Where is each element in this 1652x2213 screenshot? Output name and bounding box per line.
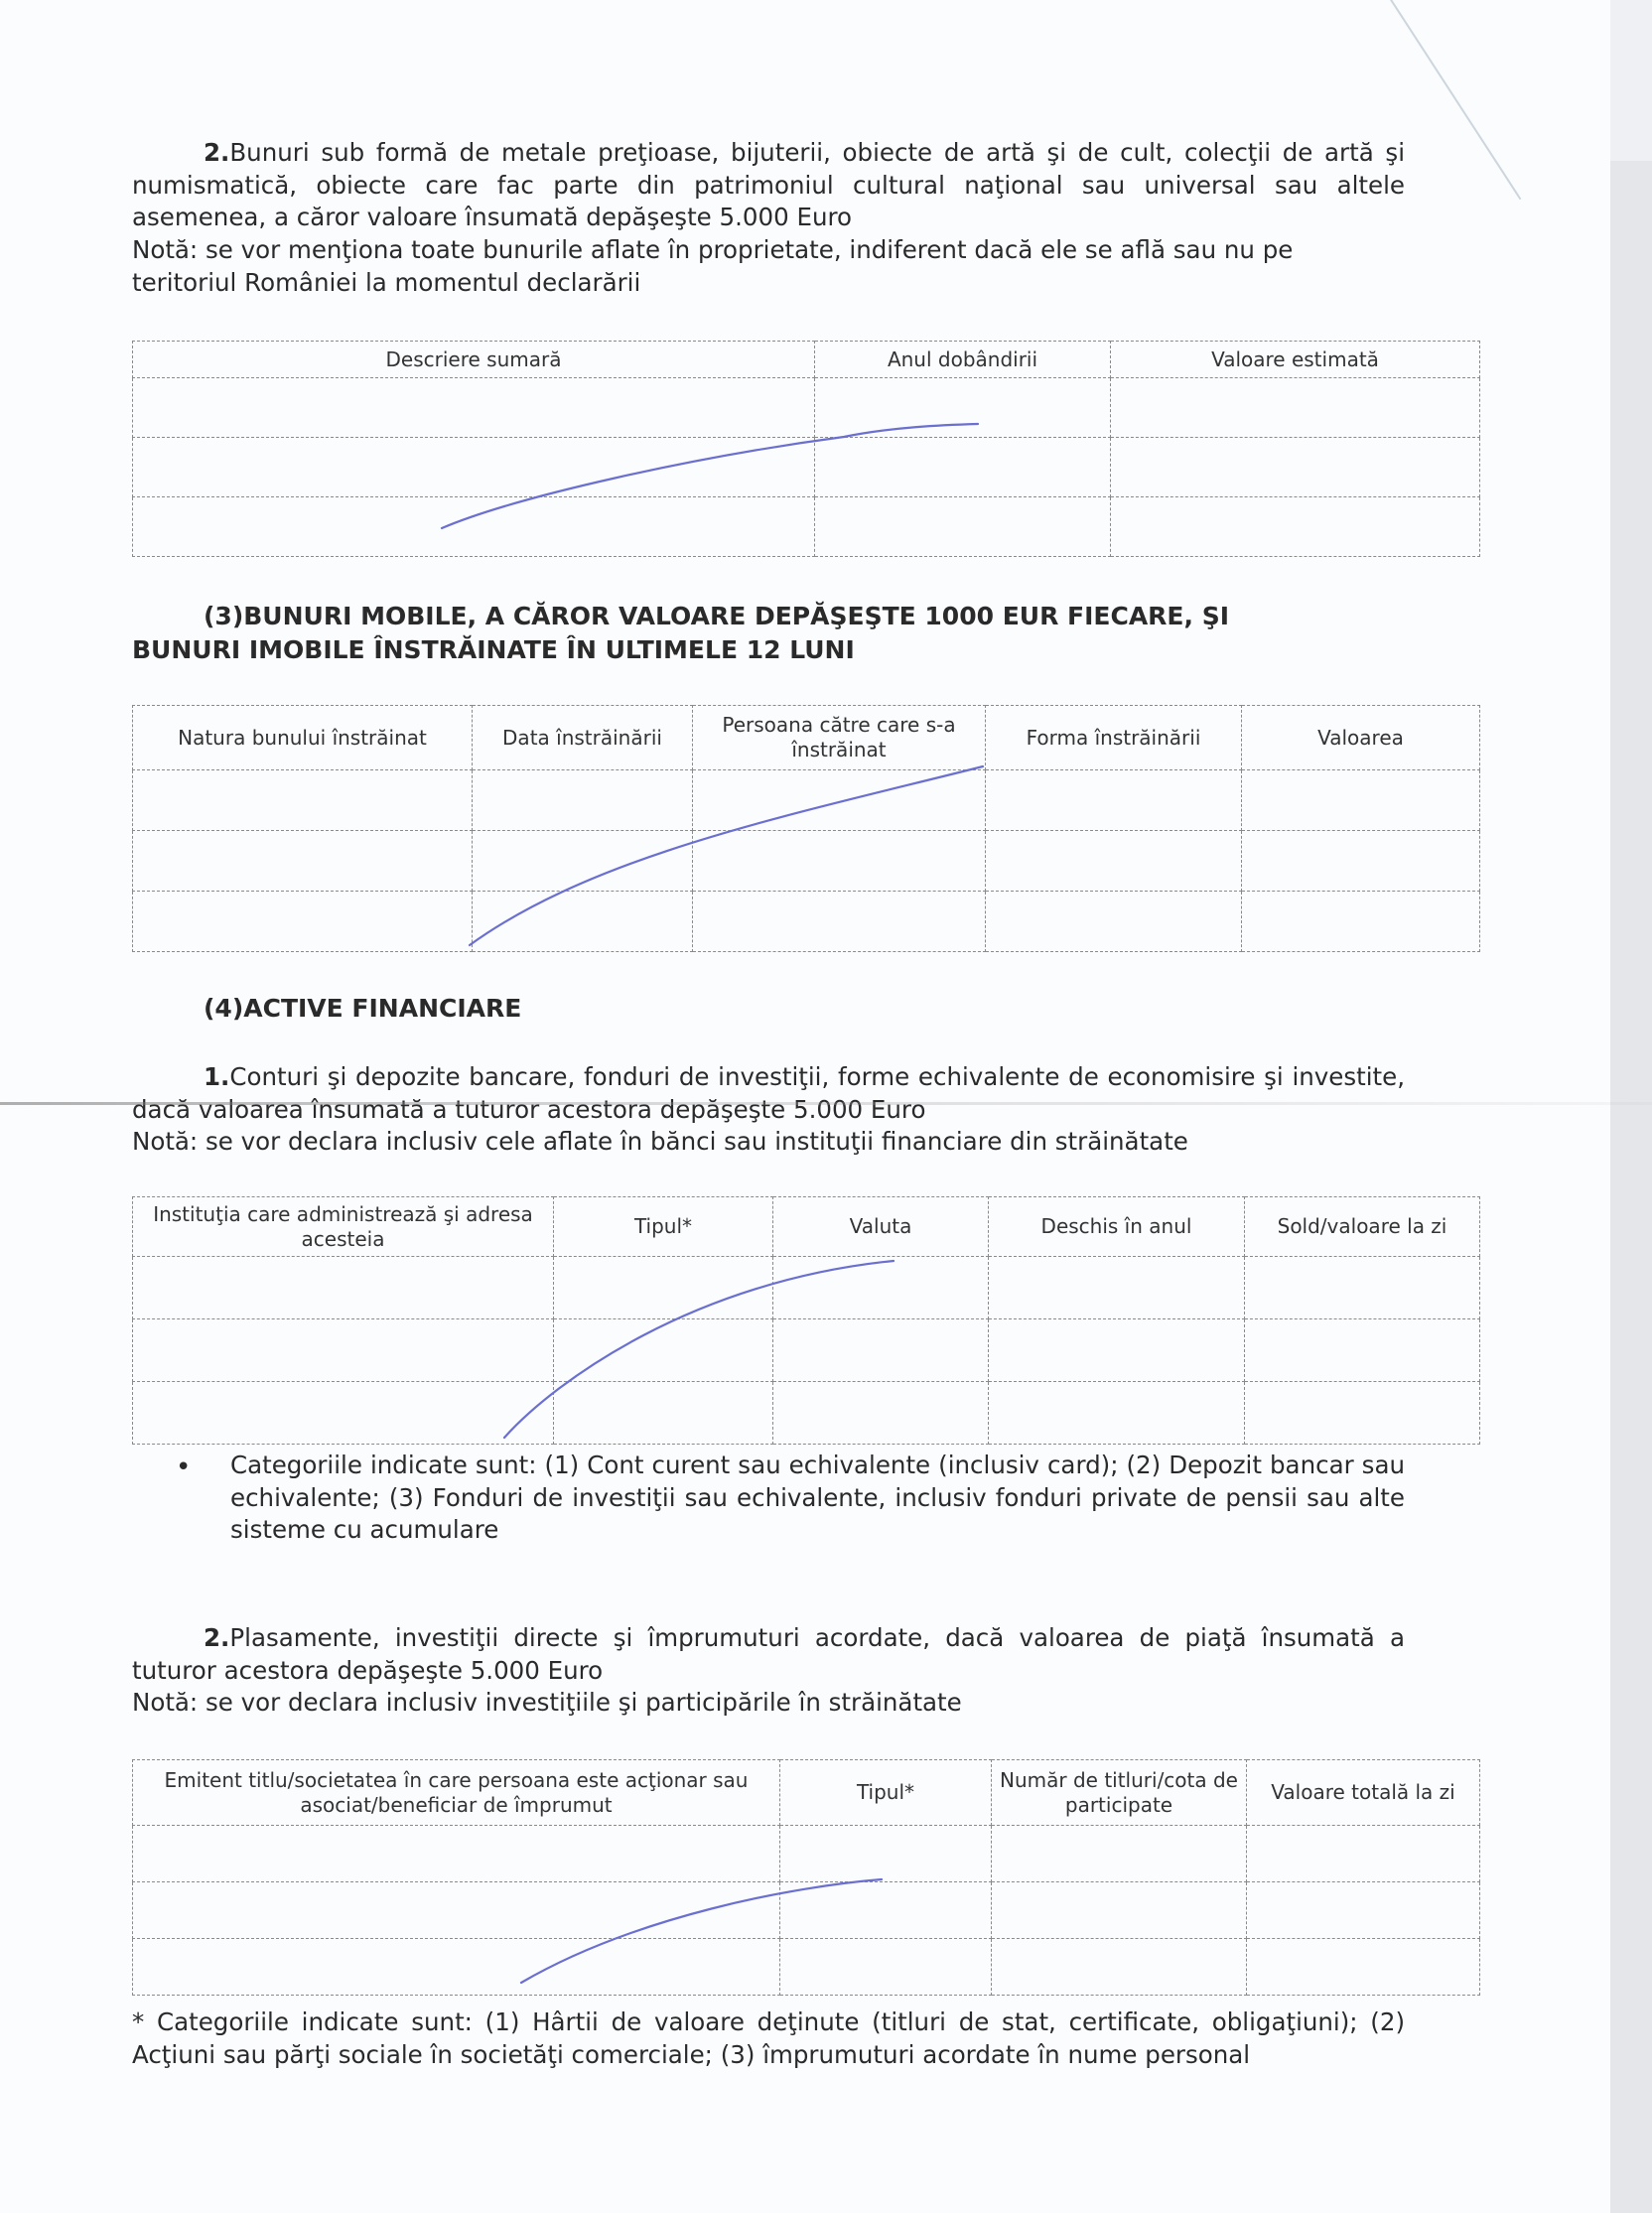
column-header: Data înstrăinării	[473, 706, 693, 770]
precious-goods-text: Bunuri sub formă de metale preţioase, bi…	[132, 138, 1405, 231]
table-row	[133, 1882, 1480, 1939]
table-cell[interactable]	[473, 892, 693, 952]
table-cell[interactable]	[986, 770, 1242, 831]
section-3-heading-line2: BUNURI IMOBILE ÎNSTRĂINATE ÎN ULTIMELE 1…	[132, 633, 855, 666]
column-header: Deschis în anul	[989, 1197, 1245, 1257]
column-header: Descriere sumară	[133, 342, 815, 378]
table-cell[interactable]	[133, 378, 815, 438]
table-cell[interactable]	[815, 438, 1111, 497]
table-cell[interactable]	[473, 831, 693, 892]
paper-fold-line	[0, 1102, 1652, 1105]
scan-edge-shadow	[1610, 0, 1652, 2213]
bank-accounts-table: Instituţia care administrează şi adresa …	[132, 1196, 1480, 1445]
table-cell[interactable]	[693, 892, 986, 952]
table-cell[interactable]	[773, 1257, 989, 1319]
bullet-icon: •	[176, 1452, 191, 1482]
table-header-row: Emitent titlu/societatea în care persoan…	[133, 1760, 1480, 1826]
column-header: Instituţia care administrează şi adresa …	[133, 1197, 554, 1257]
precious-goods-note: Notă: se vor menţiona toate bunurile afl…	[132, 234, 1405, 299]
accounts-number: 1.	[204, 1062, 229, 1091]
table-row	[133, 378, 1480, 438]
table-cell[interactable]	[1245, 1319, 1480, 1382]
table-row	[133, 438, 1480, 497]
table-cell[interactable]	[554, 1319, 773, 1382]
table-cell[interactable]	[815, 378, 1111, 438]
column-header: Emitent titlu/societatea în care persoan…	[133, 1760, 780, 1826]
table-cell[interactable]	[133, 770, 473, 831]
table-cell[interactable]	[554, 1382, 773, 1445]
table-header-row: Instituţia care administrează şi adresa …	[133, 1197, 1480, 1257]
section-3-heading-line1: (3)BUNURI MOBILE, A CĂROR VALOARE DEPĂŞE…	[204, 600, 1229, 632]
table-row	[133, 831, 1480, 892]
table-cell[interactable]	[133, 1319, 554, 1382]
table-cell[interactable]	[1242, 892, 1480, 952]
table-row	[133, 892, 1480, 952]
table-row	[133, 1939, 1480, 1996]
table-cell[interactable]	[992, 1826, 1247, 1882]
table-cell[interactable]	[1247, 1882, 1480, 1939]
section-4-heading: (4)ACTIVE FINANCIARE	[204, 992, 521, 1025]
table-cell[interactable]	[133, 831, 473, 892]
column-header: Anul dobândirii	[815, 342, 1111, 378]
table-row	[133, 770, 1480, 831]
table-cell[interactable]	[780, 1882, 992, 1939]
table-cell[interactable]	[780, 1939, 992, 1996]
table-cell[interactable]	[693, 831, 986, 892]
table-cell[interactable]	[133, 1826, 780, 1882]
column-header: Număr de titluri/cota de participate	[992, 1760, 1247, 1826]
column-header: Valoare totală la zi	[1247, 1760, 1480, 1826]
column-header: Tipul*	[554, 1197, 773, 1257]
investments-paragraph: 2.Plasamente, investiţii directe şi împr…	[132, 1622, 1405, 1687]
table-cell[interactable]	[693, 770, 986, 831]
accounts-note: Notă: se vor declara inclusiv cele aflat…	[132, 1126, 1405, 1159]
table-cell[interactable]	[1111, 438, 1480, 497]
table-cell[interactable]	[133, 1882, 780, 1939]
table-cell[interactable]	[992, 1939, 1247, 1996]
table-cell[interactable]	[133, 497, 815, 557]
table-cell[interactable]	[133, 1257, 554, 1319]
table-cell[interactable]	[815, 497, 1111, 557]
table-cell[interactable]	[554, 1257, 773, 1319]
column-header: Natura bunului înstrăinat	[133, 706, 473, 770]
column-header: Valoarea	[1242, 706, 1480, 770]
table-cell[interactable]	[1242, 831, 1480, 892]
column-header: Tipul*	[780, 1760, 992, 1826]
table-header-row: Natura bunului înstrăinatData înstrăinăr…	[133, 706, 1480, 770]
scan-edge-shadow-top	[1610, 0, 1652, 161]
column-header: Valoare estimată	[1111, 342, 1480, 378]
table-cell[interactable]	[986, 831, 1242, 892]
table-row	[133, 1319, 1480, 1382]
accounts-paragraph: 1.Conturi şi depozite bancare, fonduri d…	[132, 1061, 1405, 1126]
table-cell[interactable]	[773, 1382, 989, 1445]
table-cell[interactable]	[773, 1319, 989, 1382]
table-cell[interactable]	[1111, 378, 1480, 438]
table-cell[interactable]	[1247, 1939, 1480, 1996]
table-cell[interactable]	[992, 1882, 1247, 1939]
table-row	[133, 1382, 1480, 1445]
precious-goods-paragraph: 2.Bunuri sub formă de metale preţioase, …	[132, 137, 1405, 234]
table-cell[interactable]	[1111, 497, 1480, 557]
table-cell[interactable]	[986, 892, 1242, 952]
accounts-categories-note: Categoriile indicate sunt: (1) Cont cure…	[230, 1450, 1405, 1547]
table-cell[interactable]	[1247, 1826, 1480, 1882]
column-header: Valuta	[773, 1197, 989, 1257]
table-cell[interactable]	[1245, 1382, 1480, 1445]
investments-text: Plasamente, investiţii directe şi împrum…	[132, 1623, 1405, 1685]
table-header-row: Descriere sumarăAnul dobândiriiValoare e…	[133, 342, 1480, 378]
column-header: Forma înstrăinării	[986, 706, 1242, 770]
investments-categories-footnote: * Categoriile indicate sunt: (1) Hârtii …	[132, 2006, 1405, 2071]
table-cell[interactable]	[989, 1382, 1245, 1445]
column-header: Sold/valoare la zi	[1245, 1197, 1480, 1257]
table-cell[interactable]	[780, 1826, 992, 1882]
scan-crease-diagonal	[1390, 0, 1521, 200]
table-row	[133, 1826, 1480, 1882]
investments-number: 2.	[204, 1623, 229, 1652]
investments-table: Emitent titlu/societatea în care persoan…	[132, 1759, 1480, 1996]
table-cell[interactable]	[1242, 770, 1480, 831]
column-header: Persoana către care s-a înstrăinat	[693, 706, 986, 770]
table-cell[interactable]	[473, 770, 693, 831]
alienated-goods-table: Natura bunului înstrăinatData înstrăinăr…	[132, 705, 1480, 952]
table-cell[interactable]	[133, 1939, 780, 1996]
table-cell[interactable]	[989, 1257, 1245, 1319]
precious-goods-number: 2.	[204, 138, 229, 167]
table-cell[interactable]	[989, 1319, 1245, 1382]
accounts-text: Conturi şi depozite bancare, fonduri de …	[132, 1062, 1405, 1124]
investments-note: Notă: se vor declara inclusiv investiţii…	[132, 1687, 1405, 1720]
table-row	[133, 1257, 1480, 1319]
precious-goods-table: Descriere sumarăAnul dobândiriiValoare e…	[132, 341, 1480, 557]
table-cell[interactable]	[133, 892, 473, 952]
table-row	[133, 497, 1480, 557]
table-cell[interactable]	[133, 438, 815, 497]
table-cell[interactable]	[1245, 1257, 1480, 1319]
table-cell[interactable]	[133, 1382, 554, 1445]
